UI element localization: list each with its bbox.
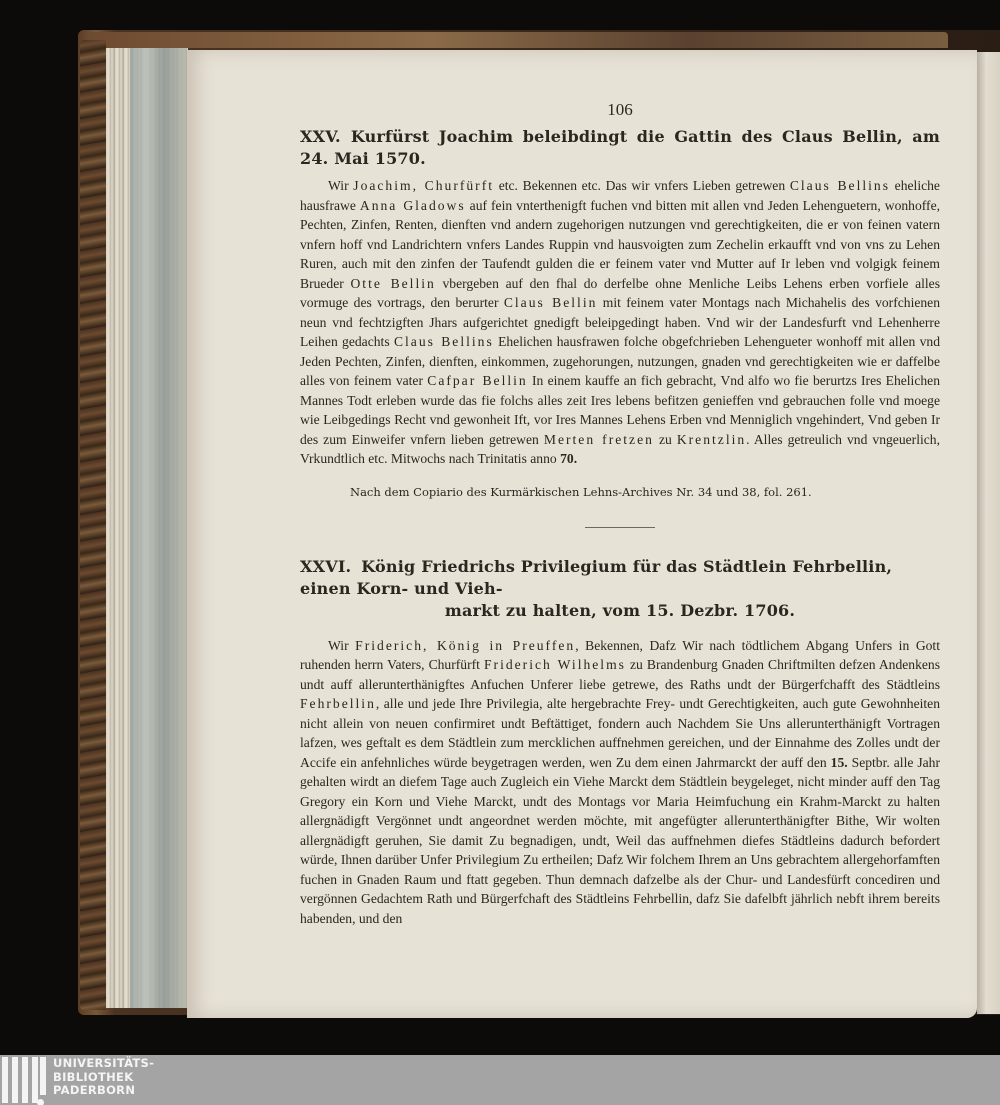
section-25-source-note: Nach dem Copiario des Kurmärkischen Lehn… [350, 485, 940, 499]
section-25-heading: XXV.Kurfürst Joachim beleibdingt die Gat… [300, 126, 940, 170]
name-emphasis: Friderich Wilhelms [484, 657, 626, 672]
text-run: Wir [328, 638, 355, 653]
name-emphasis: Joachim, Churfürft [353, 178, 494, 193]
facing-page-edge [977, 52, 1000, 1014]
bold-number: 15. [831, 755, 848, 770]
section-divider [585, 527, 655, 528]
section-25-title: Kurfürst Joachim beleibdingt die Gattin … [300, 127, 940, 168]
section-26-heading: XXVI.König Friedrichs Privilegium für da… [300, 556, 940, 622]
name-emphasis: Otte Bellin [350, 276, 435, 291]
name-emphasis: Fehrbellin [300, 696, 376, 711]
page-number: 106 [300, 100, 940, 120]
name-emphasis: Claus Bellins [394, 334, 494, 349]
scan-viewport: 106 XXV.Kurfürst Joachim beleibdingt die… [0, 0, 1000, 1055]
text-run: Septbr. alle Jahr gehalten wirdt an dief… [300, 755, 940, 926]
section-26-numeral: XXVI. [300, 557, 351, 576]
logo-line-1: UNIVERSITÄTS- [53, 1057, 154, 1071]
name-emphasis: Friderich, König in Preuffen [355, 638, 575, 653]
name-emphasis: Anna Gladows [360, 198, 466, 213]
logo-line-2: BIBLIOTHEK [53, 1071, 154, 1085]
name-emphasis: Cafpar Bellin [427, 373, 527, 388]
page-stack-tinted-edge [130, 48, 186, 1008]
bold-number: 70. [560, 451, 577, 466]
text-run: etc. Bekennen etc. Das wir vnfers Lieben… [494, 178, 790, 193]
library-logo-dot [37, 1099, 44, 1105]
marbled-cover-edge [80, 40, 106, 1010]
section-26-title-line1: König Friedrichs Privilegium für das Stä… [300, 557, 892, 598]
text-run: Wir [328, 178, 353, 193]
library-footer: UNIVERSITÄTS- BIBLIOTHEK PADERBORN [0, 1055, 1000, 1105]
name-emphasis: Krentzlin [677, 432, 746, 447]
library-logo-icon [2, 1057, 46, 1105]
name-emphasis: Claus Bellins [790, 178, 890, 193]
section-25-numeral: XXV. [300, 127, 341, 146]
section-26-title-line2: markt zu halten, vom 15. Dezbr. 1706. [300, 600, 940, 622]
section-25-body: Wir Joachim, Churfürft etc. Bekennen etc… [300, 176, 940, 469]
name-emphasis: Merten fretzen [544, 432, 654, 447]
logo-line-3: PADERBORN [53, 1084, 154, 1098]
text-run: zu [654, 432, 677, 447]
book-cover-top-edge [88, 32, 948, 48]
page-content: 106 XXV.Kurfürst Joachim beleibdingt die… [300, 100, 940, 928]
name-emphasis: Claus Bellin [504, 295, 598, 310]
library-logo-text: UNIVERSITÄTS- BIBLIOTHEK PADERBORN [53, 1057, 154, 1098]
section-26-body: Wir Friderich, König in Preuffen, Bekenn… [300, 636, 940, 929]
